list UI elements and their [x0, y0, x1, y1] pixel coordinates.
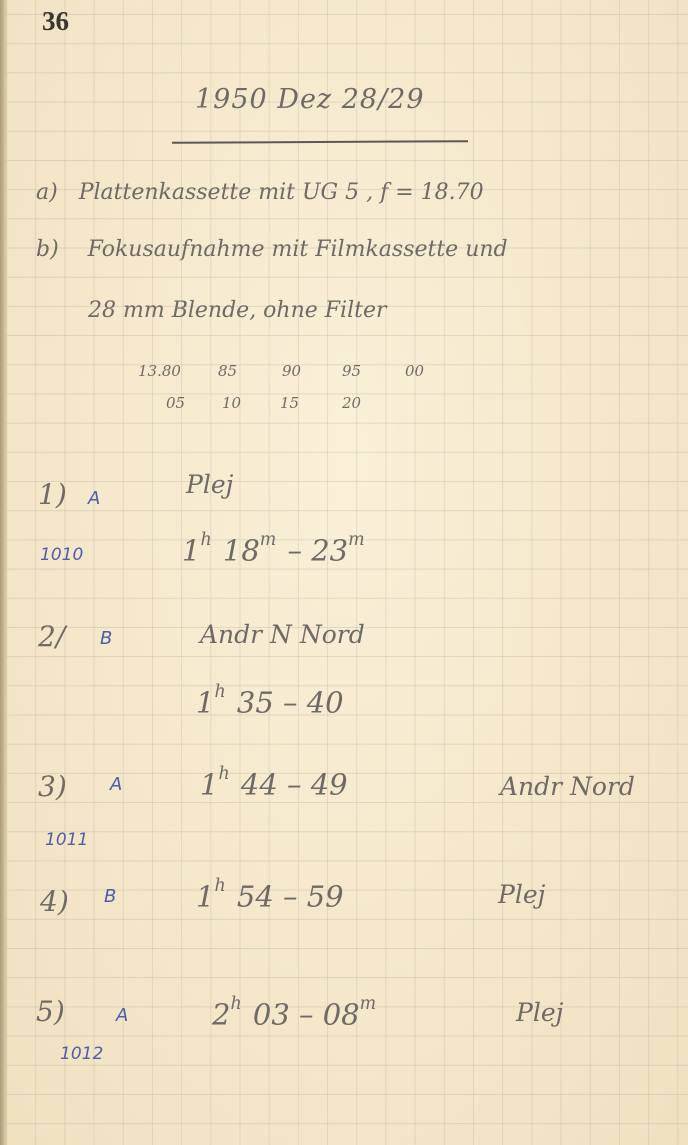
note-a-text: Plattenkassette mit UG 5 , f = 18.70 [79, 180, 484, 205]
entry-5-to-unit: m [360, 994, 377, 1014]
page-binding-edge [0, 0, 8, 1145]
entry-3-hour-unit: h [218, 764, 229, 784]
entry-4-index: 4) [40, 885, 69, 918]
note-a: a) Plattenkassette mit UG 5 , f = 18.70 [36, 180, 484, 205]
entry-4-from: 54 [237, 880, 274, 914]
entry-2-hour: 1 [196, 686, 214, 720]
entry-1-hour: 1 [182, 534, 200, 568]
entry-2-from: 35 [237, 686, 274, 720]
entry-1-plate: 1010 [40, 545, 83, 565]
focus-time-row2-3: 20 [342, 394, 361, 412]
entry-5-object: Plej [516, 998, 563, 1027]
entry-5-hour-unit: h [230, 994, 241, 1014]
entry-3-cassette: A [110, 774, 122, 795]
entry-4-hour: 1 [196, 880, 214, 914]
entry-5-plate: 1012 [60, 1044, 103, 1064]
entry-1-object: Plej [186, 470, 233, 499]
entry-5-index: 5) [36, 995, 65, 1028]
note-b-label: b) [36, 237, 59, 262]
entry-3-object: Andr Nord [500, 772, 635, 801]
page-title: 1950 Dez 28/29 [195, 84, 425, 115]
entry-3-to: 49 [311, 768, 348, 802]
entry-5-from: 03 [253, 998, 290, 1032]
entry-4-time: 1h 54 – 59 [196, 876, 344, 914]
entry-1-index: 1) [38, 478, 67, 511]
page-number: 36 [42, 6, 69, 37]
focus-time-row2-0: 05 [166, 394, 185, 412]
entry-1-hour-unit: h [200, 530, 211, 550]
focus-time-row1-3: 95 [342, 362, 361, 380]
entry-5-cassette: A [116, 1005, 128, 1026]
entry-3-time: 1h 44 – 49 [200, 764, 348, 802]
note-b-continued: 28 mm Blende, ohne Filter [88, 298, 387, 323]
entry-3-index: 3) [38, 770, 67, 803]
entry-1-to-unit: m [348, 530, 365, 550]
entry-1-to: 23 [311, 534, 348, 568]
title-underline [172, 140, 468, 144]
entry-2-time: 1h 35 – 40 [196, 682, 344, 720]
focus-time-row1-2: 90 [282, 362, 301, 380]
entry-4-to: 59 [307, 880, 344, 914]
entry-2-cassette: B [100, 628, 112, 649]
entry-2-hour-unit: h [214, 682, 225, 702]
focus-time-row1-1: 85 [218, 362, 237, 380]
note-b-text: Fokusaufnahme mit Filmkassette und [88, 237, 508, 262]
entry-3-hour: 1 [200, 768, 218, 802]
entry-3-plate: 1011 [45, 830, 88, 850]
entry-4-object: Plej [498, 880, 545, 909]
entry-2-to: 40 [307, 686, 344, 720]
entry-1-time: 1h 18m – 23m [182, 530, 367, 568]
note-b: b) Fokusaufnahme mit Filmkassette und [36, 237, 508, 262]
focus-time-row2-1: 10 [222, 394, 241, 412]
entry-1-from: 18 [223, 534, 260, 568]
entry-2-index: 2/ [38, 620, 65, 653]
entry-5-to: 08 [323, 998, 360, 1032]
entry-5-time: 2h 03 – 08m [212, 994, 378, 1032]
note-a-label: a) [36, 180, 58, 205]
entry-3-from: 44 [241, 768, 278, 802]
focus-time-row1-4: 00 [405, 362, 424, 380]
notebook-page: 36 1950 Dez 28/29 a) Plattenkassette mit… [0, 0, 688, 1145]
focus-time-row1-0: 13.80 [138, 362, 181, 380]
entry-4-cassette: B [104, 886, 116, 907]
entry-1-from-unit: m [260, 530, 277, 550]
entry-4-hour-unit: h [214, 876, 225, 896]
entry-1-cassette: A [88, 488, 100, 509]
entry-5-hour: 2 [212, 998, 230, 1032]
entry-2-object: Andr N Nord [200, 620, 365, 649]
focus-time-row2-2: 15 [280, 394, 299, 412]
